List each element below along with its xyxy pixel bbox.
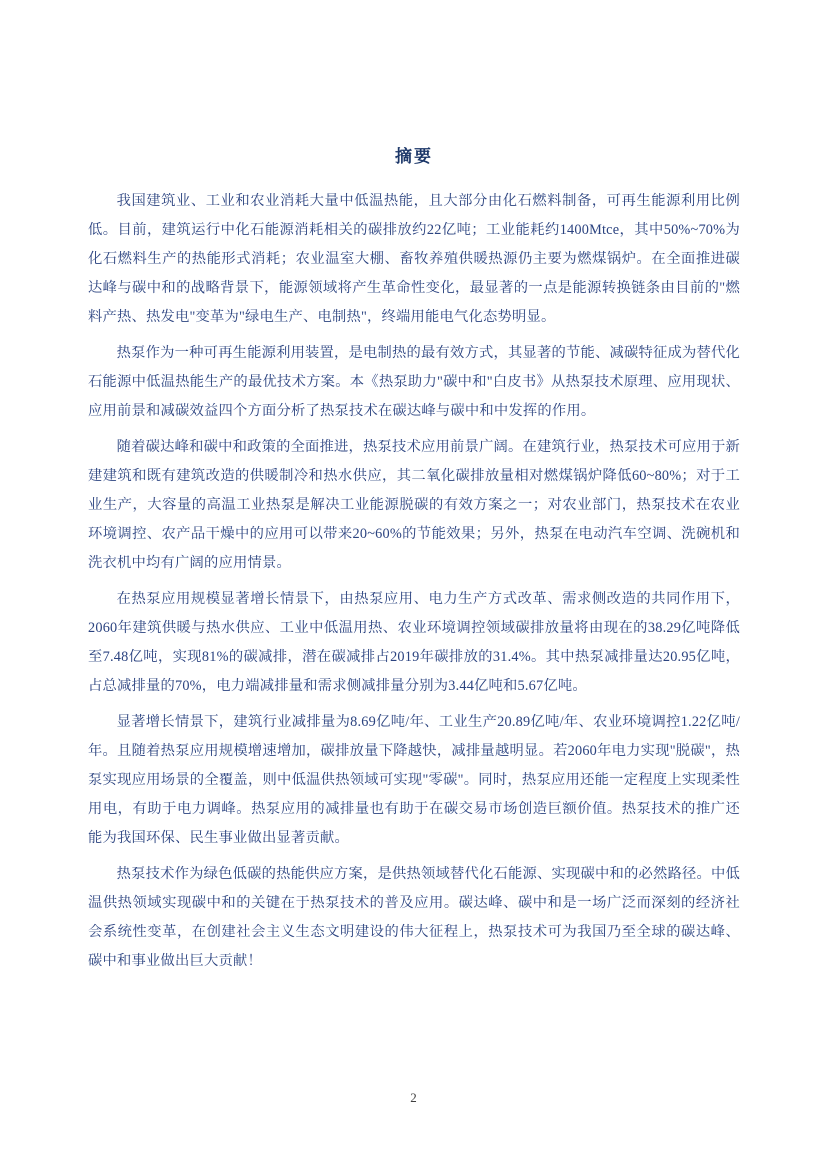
page-footer: 2 (0, 1089, 827, 1107)
page-title: 摘要 (88, 142, 740, 167)
page-number: 2 (410, 1090, 417, 1105)
abstract-paragraph-1: 我国建筑业、工业和农业消耗大量中低温热能，且大部分由化石燃料制备，可再生能源利用… (88, 187, 740, 332)
abstract-paragraph-2: 热泵作为一种可再生能源利用装置，是电制热的最有效方式，其显著的节能、减碳特征成为… (88, 339, 740, 426)
abstract-paragraph-3: 随着碳达峰和碳中和政策的全面推进，热泵技术应用前景广阔。在建筑行业，热泵技术可应… (88, 433, 740, 578)
abstract-paragraph-5: 显著增长情景下，建筑行业减排量为8.69亿吨/年、工业生产20.89亿吨/年、农… (88, 708, 740, 853)
abstract-paragraph-6: 热泵技术作为绿色低碳的热能供应方案，是供热领域替代化石能源、实现碳中和的必然路径… (88, 860, 740, 976)
abstract-paragraph-4: 在热泵应用规模显著增长情景下，由热泵应用、电力生产方式改革、需求侧改造的共同作用… (88, 585, 740, 701)
document-page: 摘要 我国建筑业、工业和农业消耗大量中低温热能，且大部分由化石燃料制备，可再生能… (88, 142, 740, 976)
